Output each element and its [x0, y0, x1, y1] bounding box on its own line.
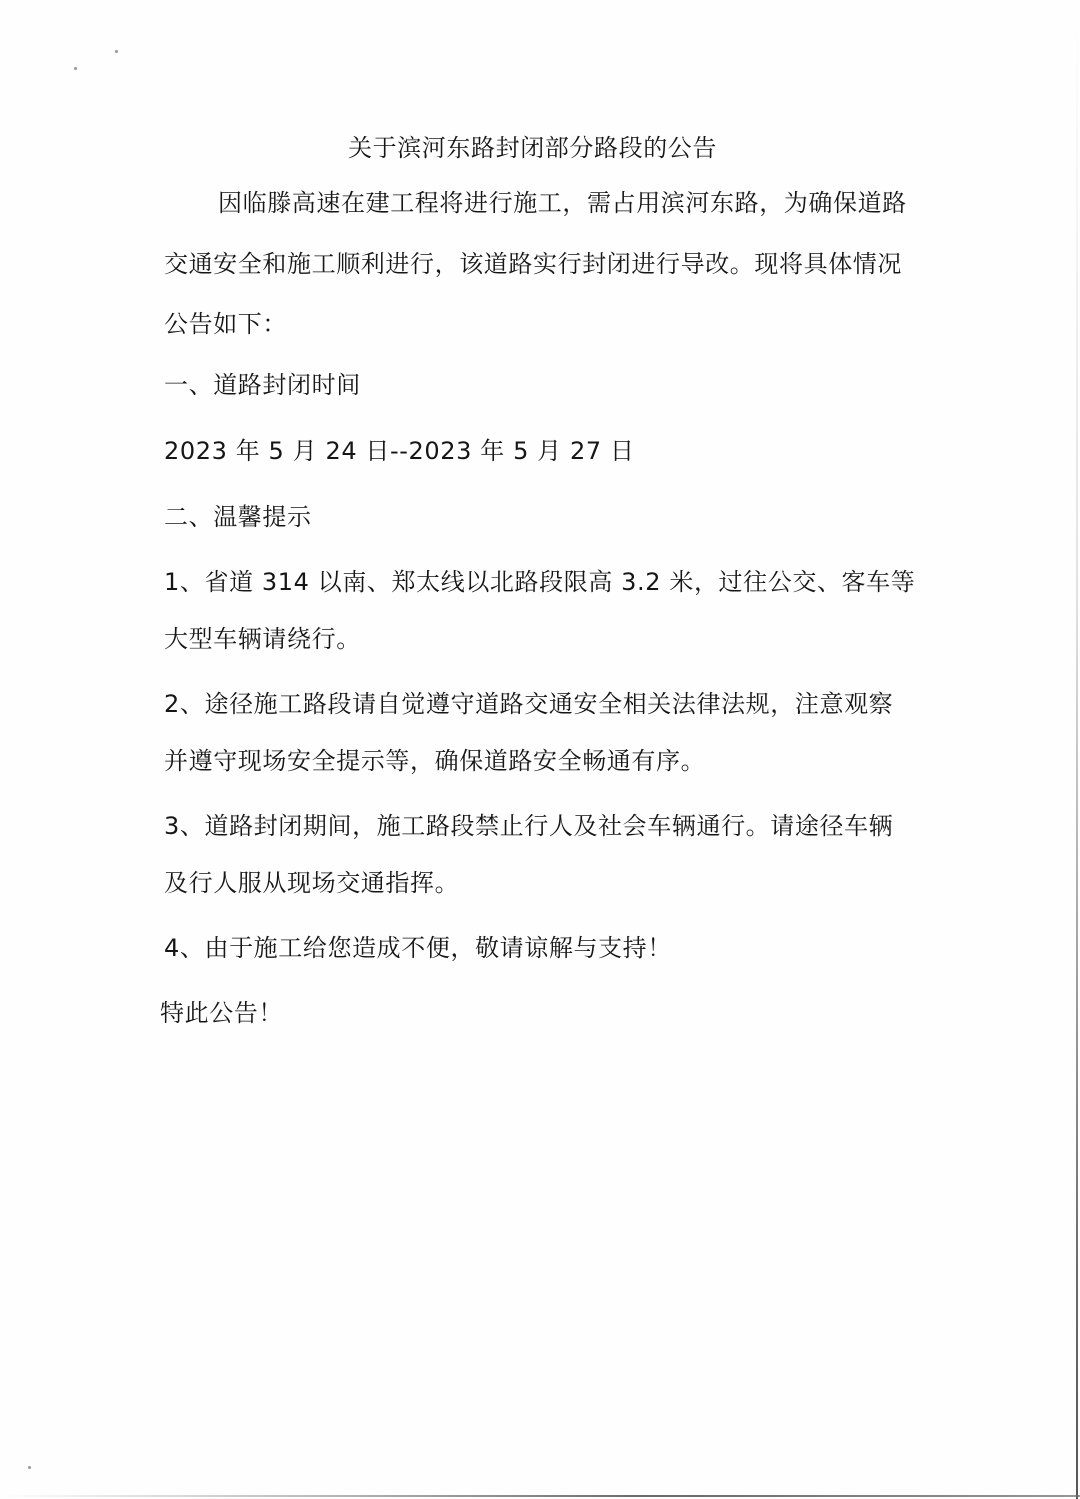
tip-4-line-1: 4、由于施工给您造成不便，敬请谅解与支持！: [164, 933, 672, 963]
tip-2-line-2: 并遵守现场安全提示等，确保道路安全畅通有序。: [164, 746, 705, 776]
intro-line-1: 因临滕高速在建工程将进行施工，需占用滨河东路，为确保道路: [218, 188, 907, 218]
tip-1-line-1: 1、省道 314 以南、郑太线以北路段限高 3.2 米，过往公交、客车等: [164, 567, 915, 597]
tip-2-line-1: 2、途径施工路段请自觉遵守道路交通安全相关法律法规，注意观察: [164, 689, 893, 719]
scan-speck: [115, 50, 118, 53]
tip-1-line-2: 大型车辆请绕行。: [164, 624, 361, 654]
closure-date-range: 2023 年 5 月 24 日--2023 年 5 月 27 日: [164, 436, 635, 466]
section-heading-tips: 二、温馨提示: [164, 502, 312, 532]
intro-line-2: 交通安全和施工顺利进行，该道路实行封闭进行导改。现将具体情况: [164, 249, 902, 279]
scanned-page: 关于滨河东路封闭部分路段的公告 因临滕高速在建工程将进行施工，需占用滨河东路，为…: [0, 0, 1080, 1499]
scan-speck: [74, 67, 77, 70]
intro-line-3: 公告如下：: [164, 309, 287, 339]
tip-3-line-1: 3、道路封闭期间，施工路段禁止行人及社会车辆通行。请途径车辆: [164, 811, 893, 841]
tip-3-line-2: 及行人服从现场交通指挥。: [164, 868, 459, 898]
page-edge-bottom: [0, 1495, 1080, 1497]
section-heading-closure-time: 一、道路封闭时间: [164, 370, 361, 400]
page-edge-right: [1076, 0, 1078, 1499]
closing-statement: 特此公告！: [160, 998, 283, 1028]
document-title: 关于滨河东路封闭部分路段的公告: [348, 133, 717, 163]
scan-speck: [28, 1466, 31, 1469]
